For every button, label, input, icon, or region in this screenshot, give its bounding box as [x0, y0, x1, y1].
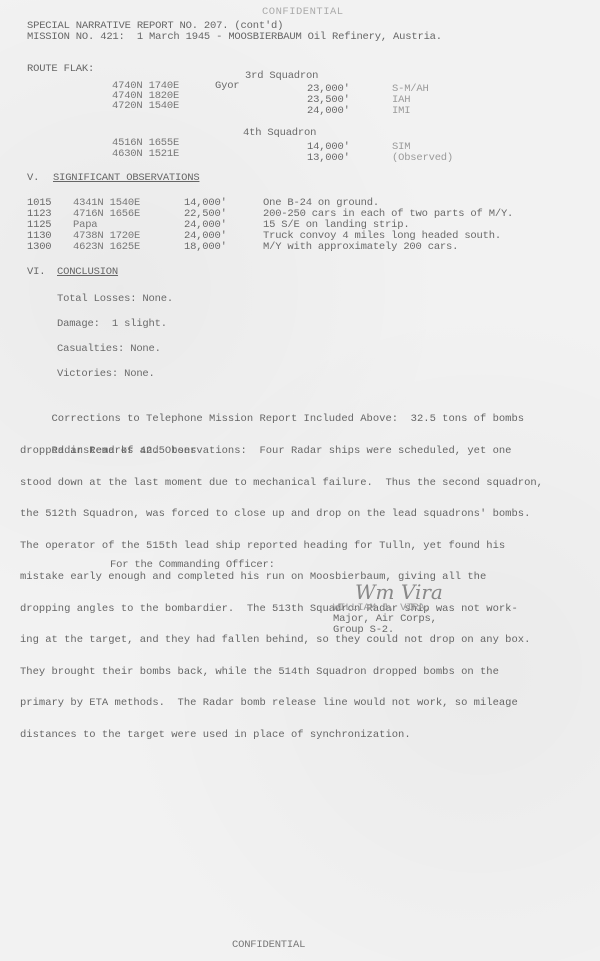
classification-bottom: CONFIDENTIAL	[232, 940, 305, 951]
flak-coords: 4630N 1521E	[112, 149, 179, 160]
for-commanding-officer: For the Commanding Officer:	[110, 560, 275, 571]
squadron-heading: 4th Squadron	[243, 128, 316, 139]
section-number: VI.	[27, 267, 45, 278]
radar-line: Radar Remarks and Observations: Four Rad…	[20, 446, 580, 457]
radar-line: The operator of the 515th lead ship repo…	[20, 541, 580, 552]
squadron-heading: 3rd Squadron	[245, 71, 318, 82]
flak-altitude: 13,000'	[307, 153, 350, 164]
conclusion-damage: Damage: 1 slight.	[57, 319, 167, 330]
radar-line: mistake early enough and completed his r…	[20, 572, 580, 583]
section-title: CONCLUSION	[57, 267, 118, 278]
conclusion-casualties: Casualties: None.	[57, 344, 161, 355]
obs-location: 4623N 1625E	[73, 242, 140, 253]
radar-line: distances to the target were used in pla…	[20, 730, 580, 741]
radar-line: the 512th Squadron, was forced to close …	[20, 509, 580, 520]
corrections-line: Corrections to Telephone Mission Report …	[20, 414, 580, 425]
obs-altitude: 18,000'	[184, 242, 227, 253]
document-page: CONFIDENTIAL SPECIAL NARRATIVE REPORT NO…	[0, 0, 600, 961]
radar-line: stood down at the last moment due to mec…	[20, 478, 580, 489]
classification-top: CONFIDENTIAL	[262, 7, 344, 18]
conclusion-victories: Victories: None.	[57, 369, 155, 380]
radar-remarks-paragraph: Radar Remarks and Observations: Four Rad…	[20, 425, 580, 761]
radar-line: primary by ETA methods. The Radar bomb r…	[20, 698, 580, 709]
flak-type: (Observed)	[392, 153, 453, 164]
flak-place: Gyor	[215, 81, 239, 92]
radar-line: dropping angles to the bombardier. The 5…	[20, 604, 580, 615]
flak-altitude: 24,000'	[307, 106, 350, 117]
handwritten-signature: Wm Vira	[355, 580, 443, 604]
route-flak-label: ROUTE FLAK:	[27, 64, 94, 75]
flak-type: IMI	[392, 106, 410, 117]
radar-line: ing at the target, and they had fallen b…	[20, 635, 580, 646]
obs-text: M/Y with approximately 200 cars.	[263, 242, 458, 253]
mission-line: MISSION NO. 421: 1 March 1945 - MOOSBIER…	[27, 32, 442, 43]
signatory-unit: Group S-2.	[333, 625, 394, 636]
section-number: V.	[27, 173, 39, 184]
conclusion-losses: Total Losses: None.	[57, 294, 173, 305]
section-title: SIGNIFICANT OBSERVATIONS	[53, 173, 199, 184]
obs-time: 1300	[27, 242, 51, 253]
radar-line: They brought their bombs back, while the…	[20, 667, 580, 678]
flak-coords: 4720N 1540E	[112, 101, 179, 112]
